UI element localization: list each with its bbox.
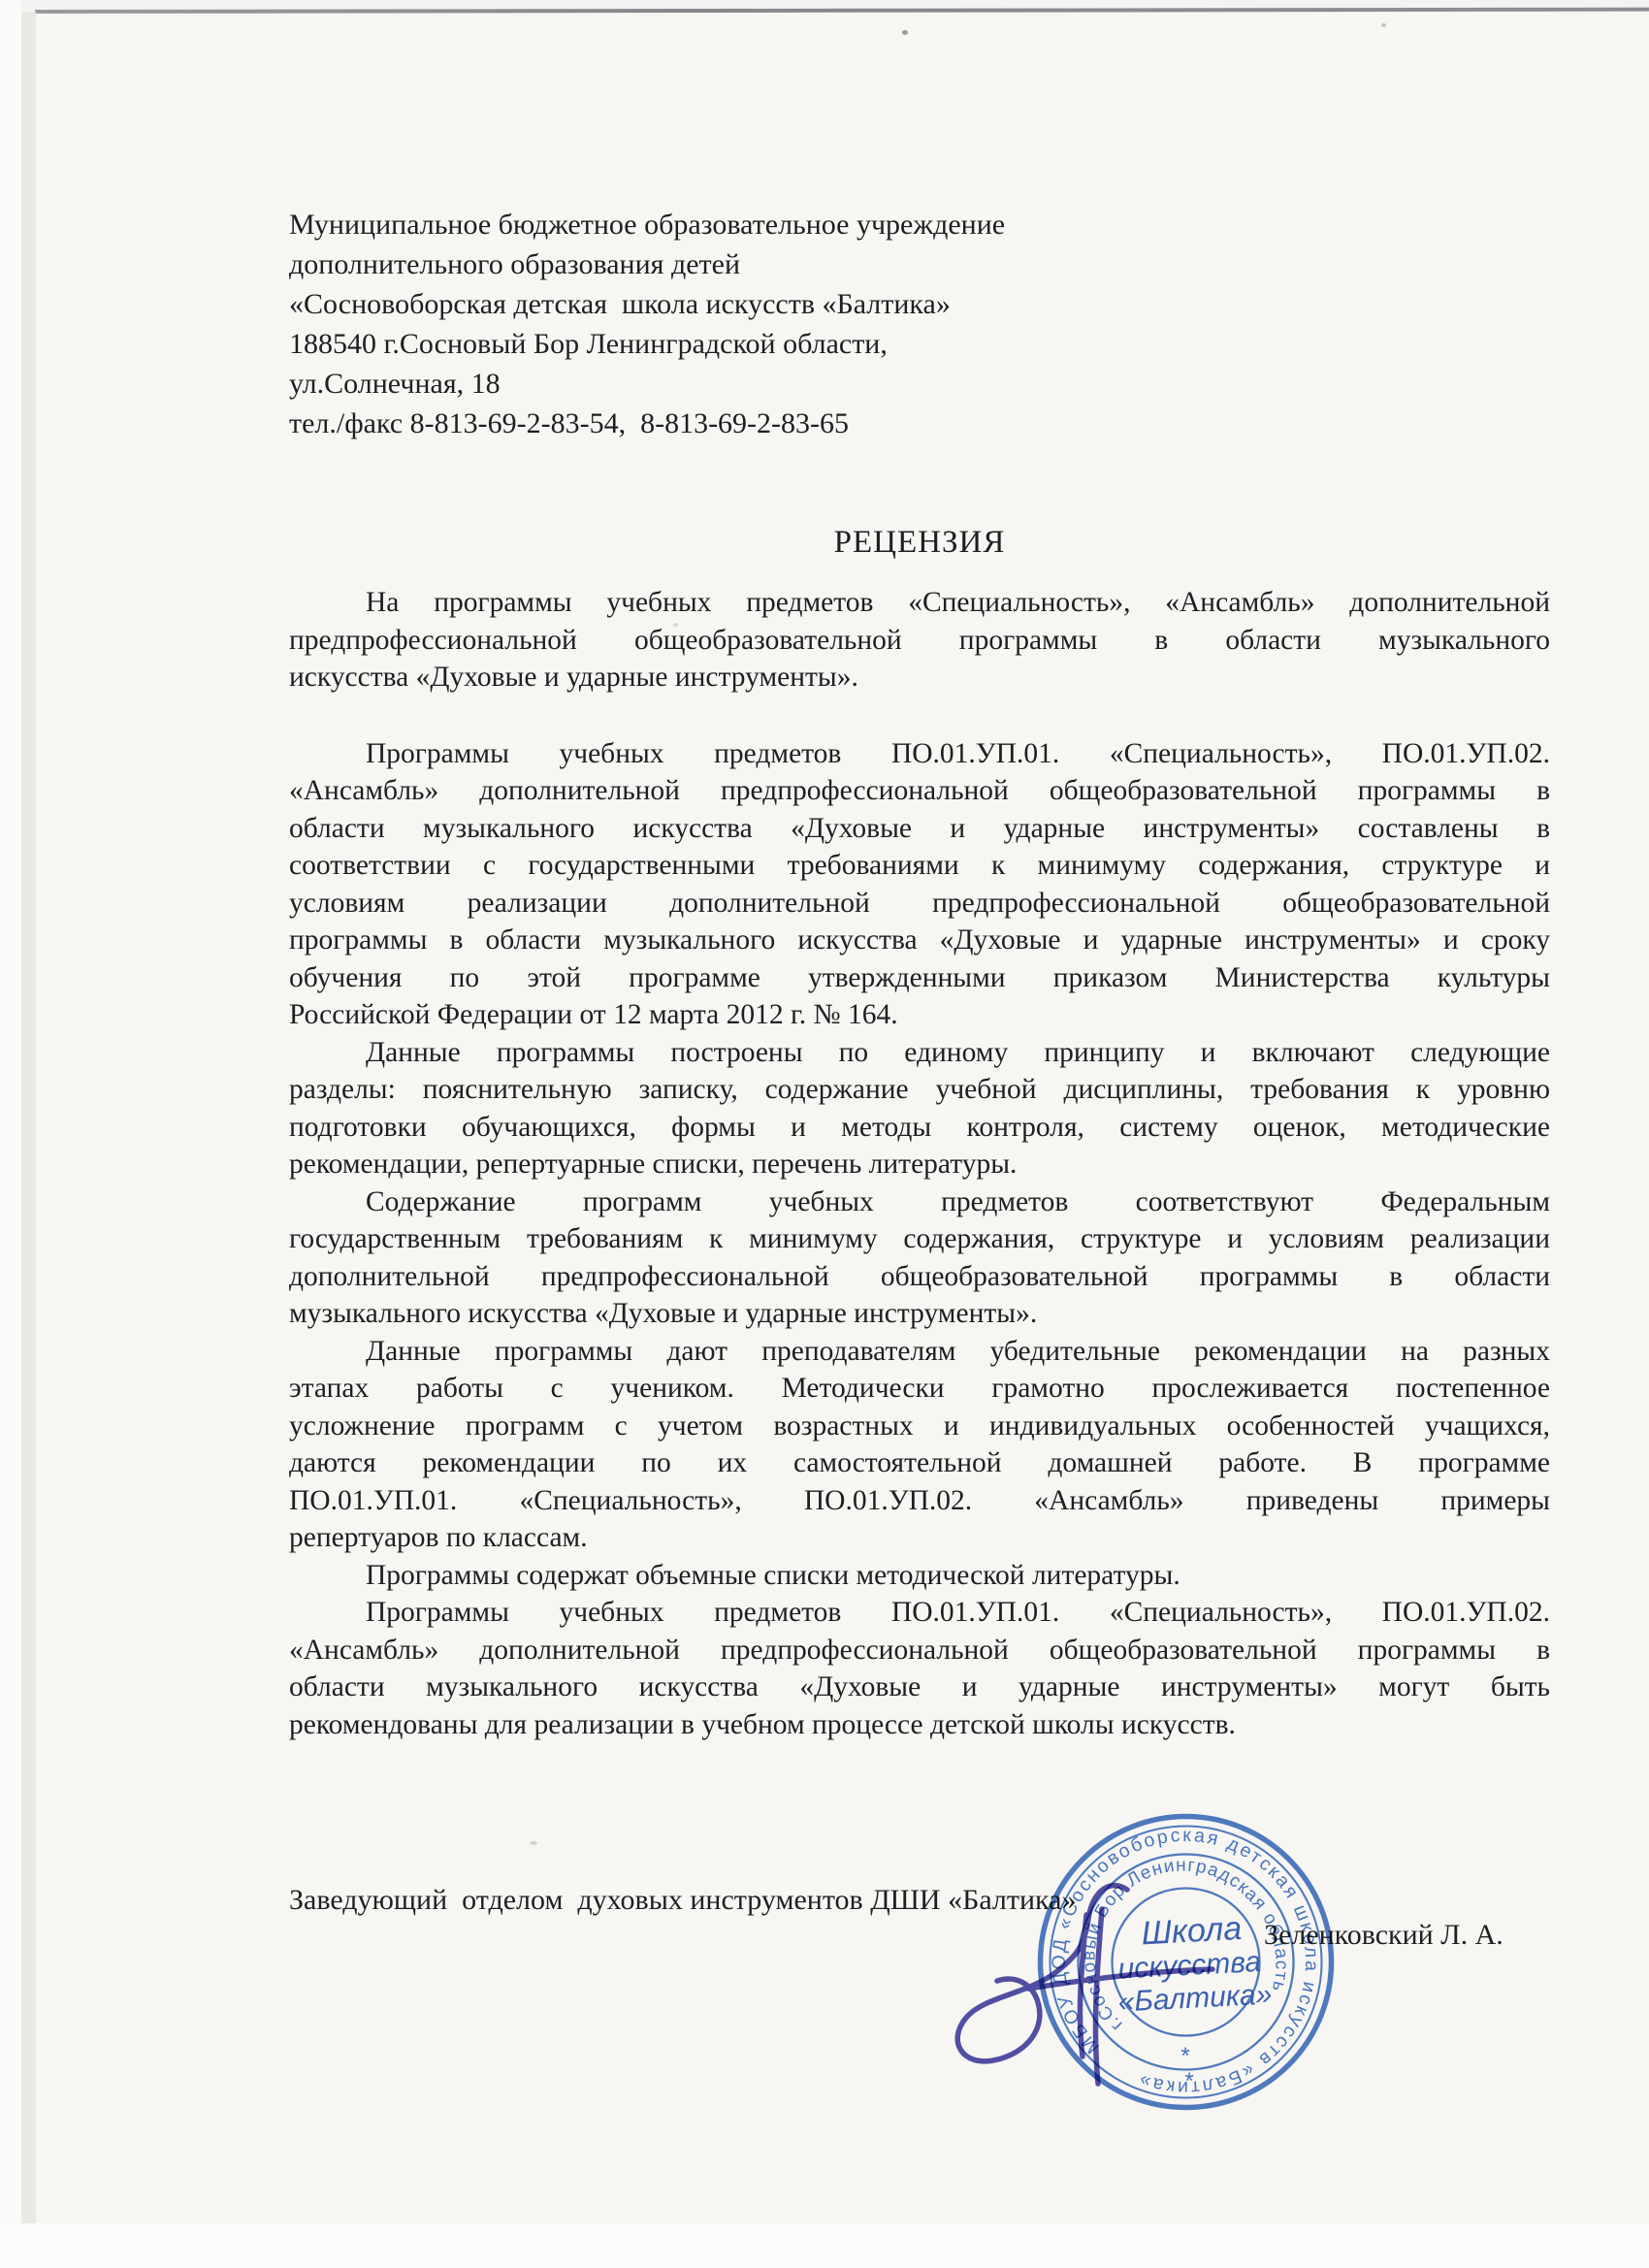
text-line: «Ансамбль» дополнительной предпрофессион… [289,1632,1550,1669]
text-line: тел./факс 8-813-69-2-83-54, 8-813-69-2-8… [289,404,1453,443]
text-line: Программы содержат объемные списки метод… [289,1557,1550,1595]
text-line: области музыкального искусства «Духовые … [289,810,1550,848]
text-line: области музыкального искусства «Духовые … [289,1669,1550,1706]
text-line: этапах работы с учеником. Методически гр… [289,1370,1550,1408]
text-line: дополнительного образования детей [289,244,1453,284]
text-line: соответствии с государственными требован… [289,847,1550,885]
scan-speck [530,1841,537,1845]
text-line: даются рекомендации по их самостоятельно… [289,1444,1550,1482]
text-line: «Сосновоборская детская школа искусств «… [289,284,1453,324]
text-line: программы в области музыкального искусст… [289,922,1550,959]
paragraph: На программы учебных предметов «Специаль… [289,584,1550,697]
text-line: Программы учебных предметов ПО.01.УП.01.… [289,1594,1550,1632]
text-line: рекомендации, репертуарные списки, переч… [289,1146,1550,1183]
text-line: «Ансамбль» дополнительной предпрофессион… [289,772,1550,810]
paragraph: Содержание программ учебных предметов со… [289,1183,1550,1333]
text-line: подготовки обучающихся, формы и методы к… [289,1109,1550,1147]
document-title: РЕЦЕНЗИЯ [289,525,1550,561]
text-line: обучения по этой программе утвержденными… [289,959,1550,997]
scanned-review-letter: { "colors": { "paper": "#f7f6f3", "text"… [0,0,1649,2268]
paragraph: Данные программы дают преподавателям убе… [289,1333,1550,1557]
text-line: рекомендованы для реализации в учебном п… [289,1706,1550,1744]
text-line: искусства «Духовые и ударные инструменты… [289,659,1550,697]
text-line: Содержание программ учебных предметов со… [289,1183,1550,1221]
scan-page-edge-left [21,12,36,2223]
text-line: усложнение программ с учетом возрастных … [289,1408,1550,1445]
text-line: 188540 г.Сосновый Бор Ленинградской обла… [289,324,1453,364]
document-body: На программы учебных предметов «Специаль… [289,584,1550,1743]
signature-stroke [1080,1915,1086,2057]
text-line: Российской Федерации от 12 марта 2012 г.… [289,996,1550,1034]
text-line: ПО.01.УП.01. «Специальность», ПО.01.УП.0… [289,1482,1550,1520]
text-line: Муниципальное бюджетное образовательное … [289,205,1453,244]
text-line: репертуаров по классам. [289,1519,1550,1557]
signature-stroke [1095,1909,1102,2084]
text-line: государственным требованиям к минимуму с… [289,1220,1550,1258]
text-line: предпрофессиональной общеобразовательной… [289,622,1550,660]
scanner-background-left [0,0,21,2268]
text-line: ул.Солнечная, 18 [289,364,1453,404]
text-line: условиям реализации дополнительной предп… [289,885,1550,923]
paragraph: Программы учебных предметов ПО.01.УП.01.… [289,735,1550,1034]
text-line: Программы учебных предметов ПО.01.УП.01.… [289,735,1550,773]
text-line: На программы учебных предметов «Специаль… [289,584,1550,622]
scanner-background-bottom [0,2223,1649,2268]
text-line: Данные программы дают преподавателям убе… [289,1333,1550,1371]
paragraph: Программы учебных предметов ПО.01.УП.01.… [289,1594,1550,1743]
scan-speck [902,30,908,35]
text-line: дополнительной предпрофессиональной обще… [289,1258,1550,1296]
text-line: Данные программы построены по единому пр… [289,1034,1550,1072]
text-line: разделы: пояснительную записку, содержан… [289,1071,1550,1109]
scan-speck [1381,23,1386,27]
paragraph: Программы содержат объемные списки метод… [289,1557,1550,1595]
paragraph: Данные программы построены по единому пр… [289,1034,1550,1183]
text-line: музыкального искусства «Духовые и ударны… [289,1295,1550,1333]
letterhead: Муниципальное бюджетное образовательное … [289,205,1453,443]
handwritten-signature [902,1853,1251,2105]
